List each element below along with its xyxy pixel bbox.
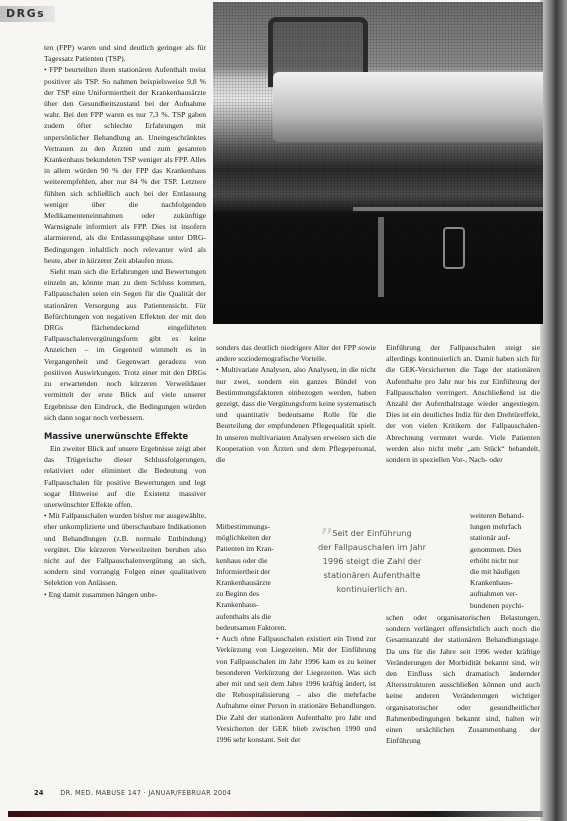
narrow-line: möglichkeiten der (216, 532, 294, 543)
page-binding-shadow (540, 0, 567, 821)
page-footer: 24 DR. MED. MABUSE 147 · JANUAR/FEBRUAR … (34, 789, 231, 797)
paragraph: Einführung der Fallpauschalen steigt sie… (386, 342, 540, 465)
pull-quote-line: der Fallpauschalen im Jahr (312, 540, 432, 554)
narrow-line: zu Beginn des (216, 588, 294, 599)
narrow-line: Mitbestimmungs- (216, 521, 294, 532)
narrow-line: Patienten im Kran- (216, 543, 294, 554)
pull-quote-line: stationären Aufenthalte (312, 568, 432, 582)
pull-quote-line: 1996 steigt die Zahl der (312, 554, 432, 568)
pull-quote: Seit der Einführung der Fallpauschalen i… (312, 526, 432, 596)
footer-bar (8, 811, 543, 817)
hospital-bed-photo (213, 2, 543, 324)
paragraph: ten (FPP) waren und sind deutlich gering… (44, 42, 206, 64)
page-number: 24 (34, 789, 44, 797)
narrow-line: aufenthalts als die (216, 611, 294, 622)
paragraph: sonders das deutlich niedrigere Alter de… (216, 342, 376, 364)
narrow-line: weiteren Behand- (470, 510, 540, 521)
paragraph: Ein zweiter Blick auf unsere Ergebnisse … (44, 443, 206, 510)
bed-rail (353, 207, 543, 211)
narrow-line: erhöht nicht nur (470, 555, 540, 566)
paragraph: schen oder organisatorischen Belastungen… (386, 612, 540, 746)
narrow-line: Krankenhaus- (216, 599, 294, 610)
bed-mattress (273, 72, 543, 142)
section-heading: Massive unerwünschte Effekte (44, 431, 206, 442)
paragraph: Sieht man sich die Erfahrungen und Bewer… (44, 266, 206, 423)
pull-quote-line: kontinuierlich an. (312, 582, 432, 596)
narrow-line: Krankenhausärzte (216, 577, 294, 588)
narrow-line: Krankenhaus- (470, 577, 540, 588)
narrow-line: lungen mehrfach (470, 521, 540, 532)
article-column-3-bottom: schen oder organisatorischen Belastungen… (386, 612, 540, 746)
pull-quote-line: Seit der Einführung (312, 526, 432, 540)
bullet-paragraph: Eng damit zusammen hängen unbe- (44, 589, 206, 600)
article-column-2-narrow: Mitbestimmungs- möglichkeiten der Patien… (216, 521, 294, 622)
narrow-line: aufnahmen ver- (470, 588, 540, 599)
paragraph: bedeutsamen Faktoren. (216, 622, 376, 633)
bullet-paragraph: Multivariate Analysen, also Analysen, in… (216, 364, 376, 465)
article-column-2-bottom: bedeutsamen Faktoren. Auch ohne Fallpaus… (216, 622, 376, 745)
narrow-line: stationär auf- (470, 532, 540, 543)
article-column-2-top: sonders das deutlich niedrigere Alter de… (216, 342, 376, 465)
bed-wheel (443, 227, 465, 269)
bed-leg (378, 217, 384, 297)
section-tag: DRGs (0, 6, 55, 22)
article-column-3-narrow: weiteren Behand- lungen mehrfach station… (470, 510, 540, 611)
article-column-1: ten (FPP) waren und sind deutlich gering… (44, 42, 206, 600)
bullet-paragraph: Mit Fallpauschalen wurden bisher nur aus… (44, 510, 206, 588)
publication-info: DR. MED. MABUSE 147 · JANUAR/FEBRUAR 200… (60, 789, 231, 797)
bullet-paragraph: FPP beurteilten ihren stationären Aufent… (44, 64, 206, 266)
narrow-line: genommen. Dies (470, 544, 540, 555)
narrow-line: Informiertheit der (216, 566, 294, 577)
bullet-paragraph: Auch ohne Fallpauschalen existiert ein T… (216, 633, 376, 745)
article-column-3-top: Einführung der Fallpauschalen steigt sie… (386, 342, 540, 465)
narrow-line: bundenen psychi- (470, 600, 540, 611)
narrow-line: kenhaus oder die (216, 555, 294, 566)
narrow-line: die mit häufigen (470, 566, 540, 577)
